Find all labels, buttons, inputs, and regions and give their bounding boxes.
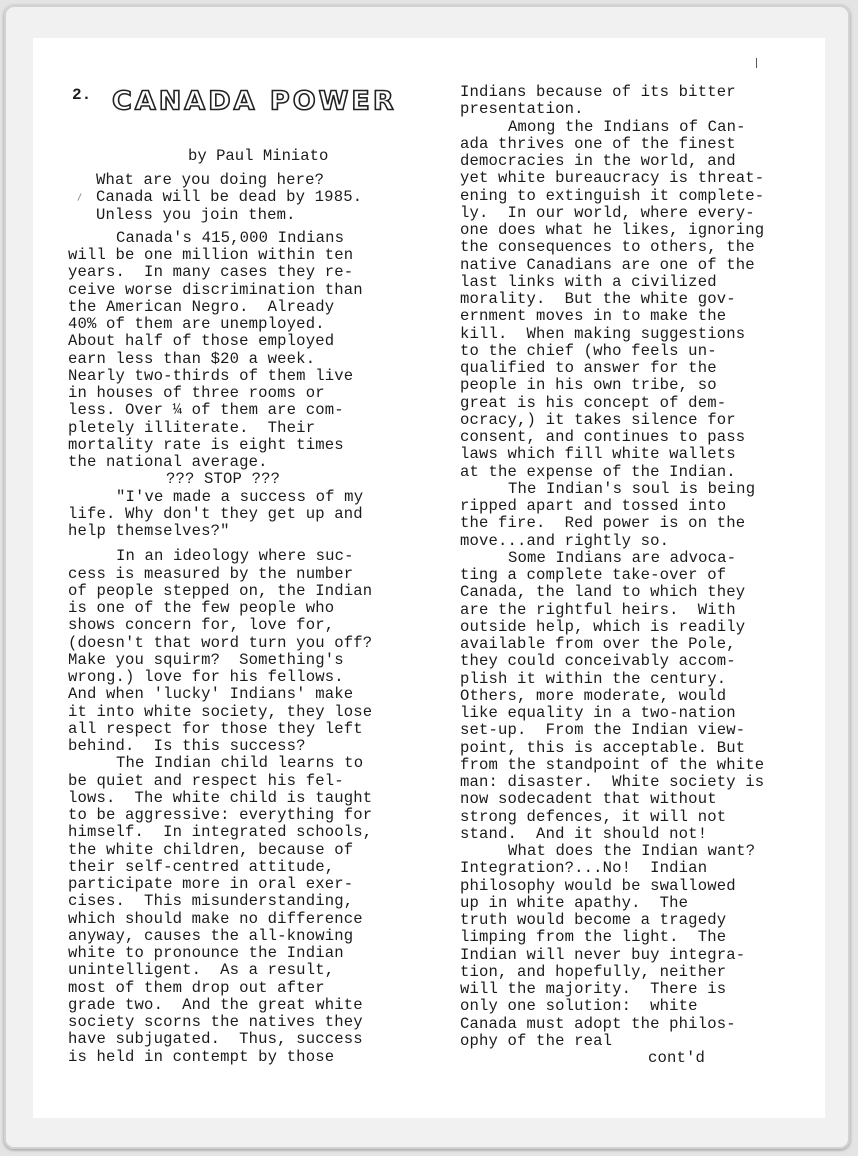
text-line: is one of the few people who	[68, 600, 372, 617]
text-line: less. Over ¼ of them are com-	[68, 402, 372, 419]
page-number: 2.	[72, 86, 91, 104]
text-line: great is his concept of dem-	[460, 395, 764, 412]
text-line: white to pronounce the Indian	[68, 945, 372, 962]
text-line: cises. This misunderstanding,	[68, 893, 372, 910]
text-line: help themselves?"	[68, 523, 372, 540]
text-line: ernment moves in to make the	[460, 308, 764, 325]
text-line: of people stepped on, the Indian	[68, 583, 372, 600]
text-line: ada thrives one of the finest	[460, 136, 764, 153]
text-line: mortality rate is eight times	[68, 437, 372, 454]
left-column: What are you doing here?Canada will be d…	[68, 172, 372, 1066]
text-line: limping from the light. The	[460, 929, 764, 946]
text-line: pletely illiterate. Their	[68, 420, 372, 437]
text-line: About half of those employed	[68, 333, 372, 350]
text-line: Among the Indians of Can-	[460, 119, 764, 136]
text-line: Make you squirm? Something's	[68, 652, 372, 669]
text-line: only one solution: white	[460, 998, 764, 1015]
text-line: Some Indians are advoca-	[460, 550, 764, 567]
text-line: unintelligent. As a result,	[68, 962, 372, 979]
article-title: CANADA POWER	[112, 87, 397, 116]
text-line: And when 'lucky' Indians' make	[68, 686, 372, 703]
text-line: In an ideology where suc-	[68, 548, 372, 565]
text-line: tion, and hopefully, neither	[460, 964, 764, 981]
text-line: is held in contempt by those	[68, 1049, 372, 1066]
text-line: ocracy,) it takes silence for	[460, 412, 764, 429]
text-line: life. Why don't they get up and	[68, 506, 372, 523]
text-line: plish it within the century.	[460, 671, 764, 688]
text-line: their self-centred attitude,	[68, 859, 372, 876]
text-line: ophy of the real	[460, 1033, 764, 1050]
text-line: to the chief (who feels un-	[460, 343, 764, 360]
text-line: earn less than $20 a week.	[68, 351, 372, 368]
text-line: himself. In integrated schools,	[68, 824, 372, 841]
text-line: cont'd	[460, 1050, 764, 1067]
text-line: like equality in a two-nation	[460, 705, 764, 722]
text-line: most of them drop out after	[68, 980, 372, 997]
text-line: anyway, causes the all-knowing	[68, 928, 372, 945]
text-line: Canada, the land to which they	[460, 584, 764, 601]
text-line: in houses of three rooms or	[68, 385, 372, 402]
text-line: people in his own tribe, so	[460, 377, 764, 394]
text-line: society scorns the natives they	[68, 1014, 372, 1031]
text-line: ripped apart and tossed into	[460, 498, 764, 515]
text-line: Unless you join them.	[68, 207, 372, 224]
text-line: point, this is acceptable. But	[460, 740, 764, 757]
text-line: it into white society, they lose	[68, 704, 372, 721]
text-line: move...and rightly so.	[460, 533, 764, 550]
text-line: they could conceivably accom-	[460, 653, 764, 670]
text-line: behind. Is this success?	[68, 738, 372, 755]
text-line: Canada will be dead by 1985.	[68, 189, 372, 206]
text-line: The Indian's soul is being	[460, 481, 764, 498]
text-line: democracies in the world, and	[460, 153, 764, 170]
text-line: consent, and continues to pass	[460, 429, 764, 446]
text-line: native Canadians are one of the	[460, 257, 764, 274]
text-line: now sodecadent that without	[460, 791, 764, 808]
margin-mark	[756, 58, 757, 68]
text-line: the fire. Red power is on the	[460, 515, 764, 532]
text-line: ??? STOP ???	[68, 471, 372, 488]
text-line: have subjugated. Thus, success	[68, 1031, 372, 1048]
text-line: to be aggressive: everything for	[68, 807, 372, 824]
text-line: Canada's 415,000 Indians	[68, 230, 372, 247]
text-line: What are you doing here?	[68, 172, 372, 189]
text-line: presentation.	[460, 101, 764, 118]
text-line: last links with a civilized	[460, 274, 764, 291]
text-line: the white children, because of	[68, 842, 372, 859]
text-line: morality. But the white gov-	[460, 291, 764, 308]
text-line: set-up. From the Indian view-	[460, 722, 764, 739]
text-line: ting a complete take-over of	[460, 567, 764, 584]
text-line: all respect for those they left	[68, 721, 372, 738]
text-line: laws which fill white wallets	[460, 446, 764, 463]
text-line: What does the Indian want?	[460, 843, 764, 860]
text-line: strong defences, it will not	[460, 809, 764, 826]
text-line: man: disaster. White society is	[460, 774, 764, 791]
text-line: kill. When making suggestions	[460, 326, 764, 343]
text-line: are the rightful heirs. With	[460, 602, 764, 619]
text-line: "I've made a success of my	[68, 489, 372, 506]
text-line: Canada must adopt the philos-	[460, 1016, 764, 1033]
text-line: available from over the Pole,	[460, 636, 764, 653]
text-line: which should make no difference	[68, 911, 372, 928]
text-line: 40% of them are unemployed.	[68, 316, 372, 333]
text-line: ceive worse discrimination than	[68, 282, 372, 299]
text-line: will be one million within ten	[68, 247, 372, 264]
text-line: Indians because of its bitter	[460, 84, 764, 101]
right-column: Indians because of its bitterpresentatio…	[460, 84, 764, 1067]
text-line: participate more in oral exer-	[68, 876, 372, 893]
text-line: be quiet and respect his fel-	[68, 773, 372, 790]
byline: by Paul Miniato	[188, 147, 328, 165]
text-line: the consequences to others, the	[460, 239, 764, 256]
text-line: truth would become a tragedy	[460, 912, 764, 929]
text-line: years. In many cases they re-	[68, 264, 372, 281]
text-line: up in white apathy. The	[460, 895, 764, 912]
text-line: grade two. And the great white	[68, 997, 372, 1014]
text-line: (doesn't that word turn you off?	[68, 635, 372, 652]
text-line: at the expense of the Indian.	[460, 464, 764, 481]
text-line: will the majority. There is	[460, 981, 764, 998]
text-line: the national average.	[68, 454, 372, 471]
text-line: the American Negro. Already	[68, 299, 372, 316]
text-line: lows. The white child is taught	[68, 790, 372, 807]
text-line: ening to extinguish it complete-	[460, 188, 764, 205]
text-line: from the standpoint of the white	[460, 757, 764, 774]
text-line: Indian will never buy integra-	[460, 947, 764, 964]
text-line: ly. In our world, where every-	[460, 205, 764, 222]
text-line: yet white bureaucracy is threat-	[460, 170, 764, 187]
text-line: cess is measured by the number	[68, 566, 372, 583]
text-line: stand. And it should not!	[460, 826, 764, 843]
text-line: philosophy would be swallowed	[460, 878, 764, 895]
text-line: Integration?...No! Indian	[460, 860, 764, 877]
text-line: Nearly two-thirds of them live	[68, 368, 372, 385]
text-line: Others, more moderate, would	[460, 688, 764, 705]
text-line: one does what he likes, ignoring	[460, 222, 764, 239]
text-line: outside help, which is readily	[460, 619, 764, 636]
text-line: qualified to answer for the	[460, 360, 764, 377]
text-line: shows concern for, love for,	[68, 617, 372, 634]
text-line: wrong.) love for his fellows.	[68, 669, 372, 686]
text-line: The Indian child learns to	[68, 755, 372, 772]
